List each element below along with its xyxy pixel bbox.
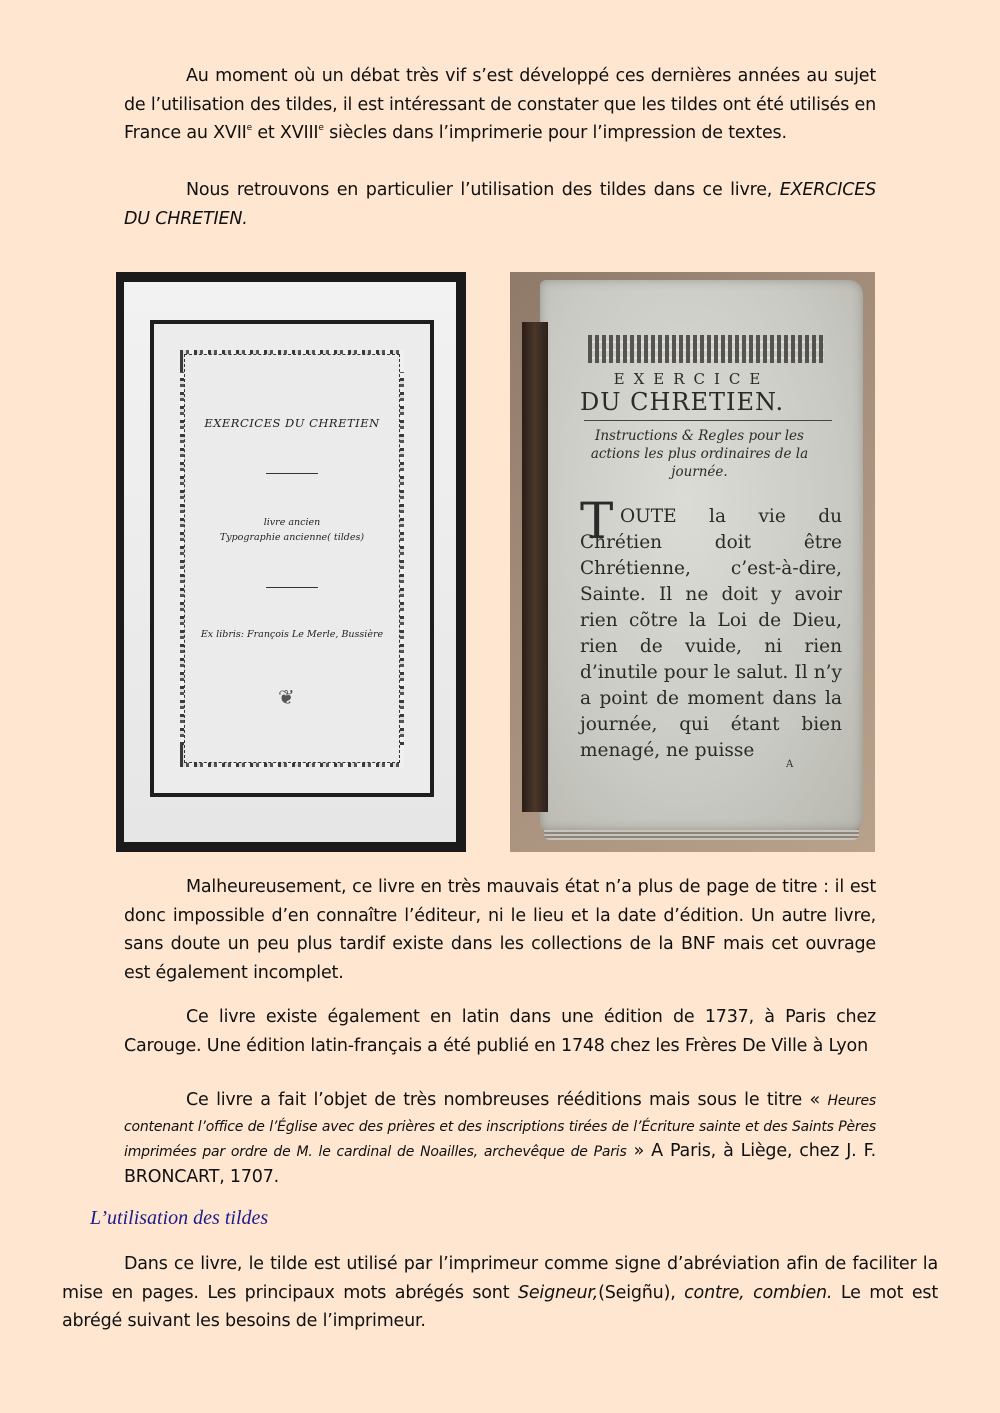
cover-subtitle: Typographie ancienne( tildes): [185, 532, 399, 543]
abbreviation-example: (Seigñu),: [598, 1283, 684, 1303]
paragraph-editions: Ce livre existe également en latin dans …: [124, 1003, 876, 1060]
book-title-line-1: EXERCICE: [540, 370, 843, 388]
abbreviated-word: Seigneur,: [518, 1283, 598, 1303]
signature-mark: A: [786, 759, 793, 770]
intro-paragraph-2: Nous retrouvons en particulier l’utilisa…: [124, 176, 876, 233]
printer-ornament: [588, 335, 824, 363]
abbreviated-word: contre, combien.: [684, 1283, 832, 1303]
divider: [584, 420, 832, 421]
body-text: Malheureusement, ce livre en très mauvai…: [124, 877, 876, 983]
intro-text: siècles dans l’imprimerie pour l’impress…: [324, 123, 787, 143]
intro-text: et XVIII: [252, 123, 318, 143]
divider: [266, 473, 318, 474]
paragraph-tildes: Dans ce livre, le tilde est utilisé par …: [62, 1250, 938, 1336]
book-body-text: OUTE la vie du Chrétien doit être Chréti…: [580, 504, 842, 764]
ex-libris: Ex libris: François Le Merle, Bussière: [185, 629, 399, 640]
cover-frame: EXERCICES DU CHRETIEN livre ancien Typog…: [150, 320, 434, 797]
paragraph-reeditions: Ce livre a fait l’objet de très nombreus…: [124, 1088, 876, 1189]
divider: [266, 587, 318, 588]
section-heading: L’utilisation des tildes: [90, 1207, 268, 1230]
cover-paper: EXERCICES DU CHRETIEN livre ancien Typog…: [124, 282, 456, 842]
body-text: Ce livre a fait l’objet de très nombreus…: [186, 1090, 820, 1110]
intro-text: Nous retrouvons en particulier l’utilisa…: [186, 180, 772, 200]
paragraph-condition: Malheureusement, ce livre en très mauvai…: [124, 873, 876, 987]
cover-title: EXERCICES DU CHRETIEN: [185, 416, 399, 430]
body-text: Ce livre existe également en latin dans …: [124, 1007, 876, 1056]
photo-modern-cover: EXERCICES DU CHRETIEN livre ancien Typog…: [116, 272, 466, 852]
book-spine: [522, 322, 548, 812]
book-subtitle: Instructions & Regles pour les actions l…: [584, 427, 815, 481]
book-text: OUTE la vie du Chrétien doit être Chréti…: [580, 506, 842, 761]
book-title-line-2: DU CHRETIEN.: [580, 388, 784, 416]
cover-inner: EXERCICES DU CHRETIEN livre ancien Typog…: [184, 354, 400, 763]
fleuron-icon: ❦: [278, 685, 295, 709]
cover-subtitle: livre ancien: [185, 517, 399, 528]
photo-old-book: EXERCICE DU CHRETIEN. Instructions & Reg…: [510, 272, 875, 852]
book-page: EXERCICE DU CHRETIEN. Instructions & Reg…: [540, 280, 863, 830]
intro-paragraph-1: Au moment où un débat très vif s’est dév…: [124, 62, 876, 148]
